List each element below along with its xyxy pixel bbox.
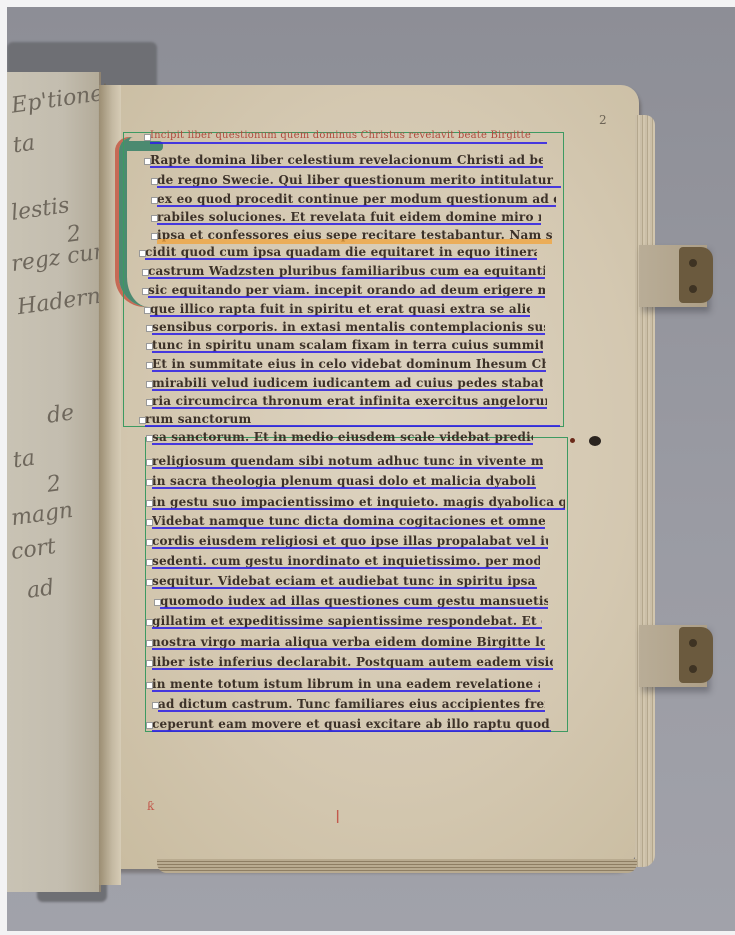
clasp-metal (679, 247, 713, 303)
baseline-point-marker[interactable] (146, 362, 153, 369)
manuscript-text-line: sedenti. cum gestu inordinato et inquiet… (152, 554, 540, 568)
manuscript-text-line: in sacra theologia plenum quasi dolo et … (152, 474, 536, 488)
baseline-point-marker[interactable] (139, 250, 146, 257)
baseline-point-marker[interactable] (142, 288, 149, 295)
baseline[interactable] (152, 627, 542, 629)
manuscript-text-line: de regno Swecie. Qui liber questionum me… (157, 173, 561, 187)
manuscript-text-line: sequitur. Videbat eciam et audiebat tunc… (152, 574, 537, 588)
rubric-mark-left: ƙ (147, 799, 154, 813)
manuscript-text-line: cordis eiusdem religiosi et quo ipse ill… (152, 534, 548, 548)
baseline-point-marker[interactable] (144, 158, 151, 165)
baseline[interactable] (145, 258, 537, 260)
manuscript-text-line: rum sanctorum (145, 412, 560, 426)
baseline-point-marker[interactable] (151, 233, 158, 240)
handwritten-note: lestis (10, 193, 71, 226)
baseline[interactable] (157, 186, 561, 188)
folio-number: 2 (599, 113, 607, 127)
baseline[interactable] (152, 467, 543, 469)
baseline-point-marker[interactable] (146, 682, 153, 689)
baseline-point-marker[interactable] (146, 343, 153, 350)
manuscript-text-line: que illico rapta fuit in spiritu et erat… (150, 302, 530, 316)
handwritten-note: Ep'tione' (10, 80, 111, 118)
ink-blot (589, 436, 601, 446)
baseline[interactable] (152, 333, 545, 335)
baseline[interactable] (152, 690, 540, 692)
baseline[interactable] (152, 587, 537, 589)
baseline-point-marker[interactable] (154, 599, 161, 606)
manuscript-text-line: rabiles soluciones. Et revelata fuit eid… (157, 210, 541, 224)
manuscript-text-line: castrum Wadzsten pluribus familiaribus c… (148, 264, 545, 278)
baseline[interactable] (160, 607, 548, 609)
baseline[interactable] (157, 205, 556, 207)
manuscript-text-line: in gestu suo impacientissimo et inquieto… (152, 495, 565, 509)
handwritten-note: ad (25, 575, 55, 604)
manuscript-text-line: cidit quod cum ipsa quadam die equitaret… (145, 245, 537, 259)
baseline-point-marker[interactable] (146, 435, 153, 442)
ink-dot (570, 438, 575, 443)
baseline[interactable] (152, 389, 543, 391)
baseline-point-marker[interactable] (144, 134, 151, 141)
baseline[interactable] (157, 223, 541, 225)
clasp-top (639, 245, 707, 307)
handwritten-note: ta (11, 131, 36, 159)
clasp-metal (679, 627, 713, 683)
manuscript-text-line: Et in summitate eius in celo videbat dom… (152, 357, 546, 371)
baseline[interactable] (150, 315, 530, 317)
handwritten-note: de (45, 400, 75, 429)
manuscript-text-line: gillatim et expeditissime sapientissime … (152, 614, 542, 628)
rubric-mark-bottom: ǀ (335, 807, 340, 828)
baseline[interactable] (152, 648, 545, 650)
baseline[interactable] (152, 730, 551, 732)
gutter (99, 85, 121, 885)
baseline-point-marker[interactable] (146, 459, 153, 466)
manuscript-text-line: Videbat namque tunc dicta domina cogitac… (152, 514, 545, 528)
manuscript-text-line: liber iste inferius declarabit. Postquam… (152, 655, 553, 669)
manuscript-text-line: ceperunt eam movere et quasi excitare ab… (152, 717, 551, 731)
baseline-point-marker[interactable] (142, 269, 149, 276)
manuscript-text-line: religiosum quendam sibi notum adhuc tunc… (152, 454, 543, 468)
baseline[interactable] (152, 370, 546, 372)
baseline[interactable] (152, 668, 553, 670)
baseline-point-marker[interactable] (146, 539, 153, 546)
baseline-point-marker[interactable] (146, 381, 153, 388)
baseline[interactable] (152, 547, 548, 549)
fore-edge (635, 115, 655, 867)
baseline-point-marker[interactable] (146, 660, 153, 667)
baseline-point-marker[interactable] (144, 307, 151, 314)
manuscript-text-line: quomodo iudex ad illas questiones cum ge… (160, 594, 548, 608)
manuscript-text-line: Rapte domina liber celestium revelacionu… (150, 153, 543, 167)
left-page: Ep'tione'talestis2regz cumHadernideta2ma… (7, 72, 101, 892)
baseline-point-marker[interactable] (151, 197, 158, 204)
baseline[interactable] (152, 407, 547, 409)
handwritten-note: cort (9, 534, 57, 565)
baseline[interactable] (150, 142, 547, 144)
baseline-point-marker[interactable] (146, 519, 153, 526)
manuscript-text-line: in mente totum istum librum in una eadem… (152, 677, 540, 691)
baseline[interactable] (158, 710, 545, 712)
baseline[interactable] (145, 425, 560, 427)
manuscript-text-line: sic equitando per viam. incepit orando a… (148, 283, 545, 297)
baseline[interactable] (148, 277, 545, 279)
manuscript-text-line: sa sanctorum. Et in medio eiusdem scale … (152, 430, 533, 444)
baseline-point-marker[interactable] (146, 399, 153, 406)
baseline-point-marker[interactable] (146, 619, 153, 626)
handwritten-note: magn (10, 498, 75, 531)
baseline[interactable] (152, 443, 533, 445)
baseline[interactable] (152, 508, 565, 510)
manuscript-text-line: ria circumcirca thronum erat infinita ex… (152, 394, 547, 408)
manuscript-text-line: sensibus corporis. in extasi mentalis co… (152, 320, 545, 334)
manuscript-text-line: mirabili velud iudicem iudicantem ad cui… (152, 376, 543, 390)
baseline-point-marker[interactable] (146, 500, 153, 507)
baseline-point-marker[interactable] (152, 702, 159, 709)
baseline-point-marker[interactable] (146, 579, 153, 586)
manuscript-text-line: tunc in spiritu unam scalam fixam in ter… (152, 338, 543, 352)
manuscript-text-line: ex eo quod procedit continue per modum q… (157, 192, 556, 206)
clasp-bottom (639, 625, 707, 687)
baseline[interactable] (148, 296, 545, 298)
manuscript-text-line: ad dictum castrum. Tunc familiares eius … (158, 697, 545, 711)
manuscript-text-line: Incipit liber questionum quem dominus Ch… (150, 129, 547, 143)
baseline[interactable] (152, 527, 545, 529)
manuscript-text-line: nostra virgo maria aliqua verba eidem do… (152, 635, 545, 649)
baseline-point-marker[interactable] (146, 559, 153, 566)
baseline-point-marker[interactable] (139, 417, 146, 424)
baseline[interactable] (152, 351, 543, 353)
image-viewer: Ep'tione'talestis2regz cumHadernideta2ma… (7, 7, 735, 931)
baseline-point-marker[interactable] (151, 178, 158, 185)
baseline[interactable] (152, 567, 540, 569)
baseline-point-marker[interactable] (146, 325, 153, 332)
handwritten-note: Haderni (16, 283, 110, 320)
handwritten-note: ta (11, 446, 36, 474)
baseline[interactable] (150, 166, 543, 168)
baseline-point-marker[interactable] (146, 722, 153, 729)
bottom-edge (157, 859, 637, 873)
baseline-point-marker[interactable] (151, 215, 158, 222)
baseline[interactable] (152, 487, 536, 489)
handwritten-note: 2 (45, 471, 62, 498)
baseline-point-marker[interactable] (146, 479, 153, 486)
selected-baseline[interactable] (157, 239, 552, 244)
baseline-point-marker[interactable] (146, 640, 153, 647)
